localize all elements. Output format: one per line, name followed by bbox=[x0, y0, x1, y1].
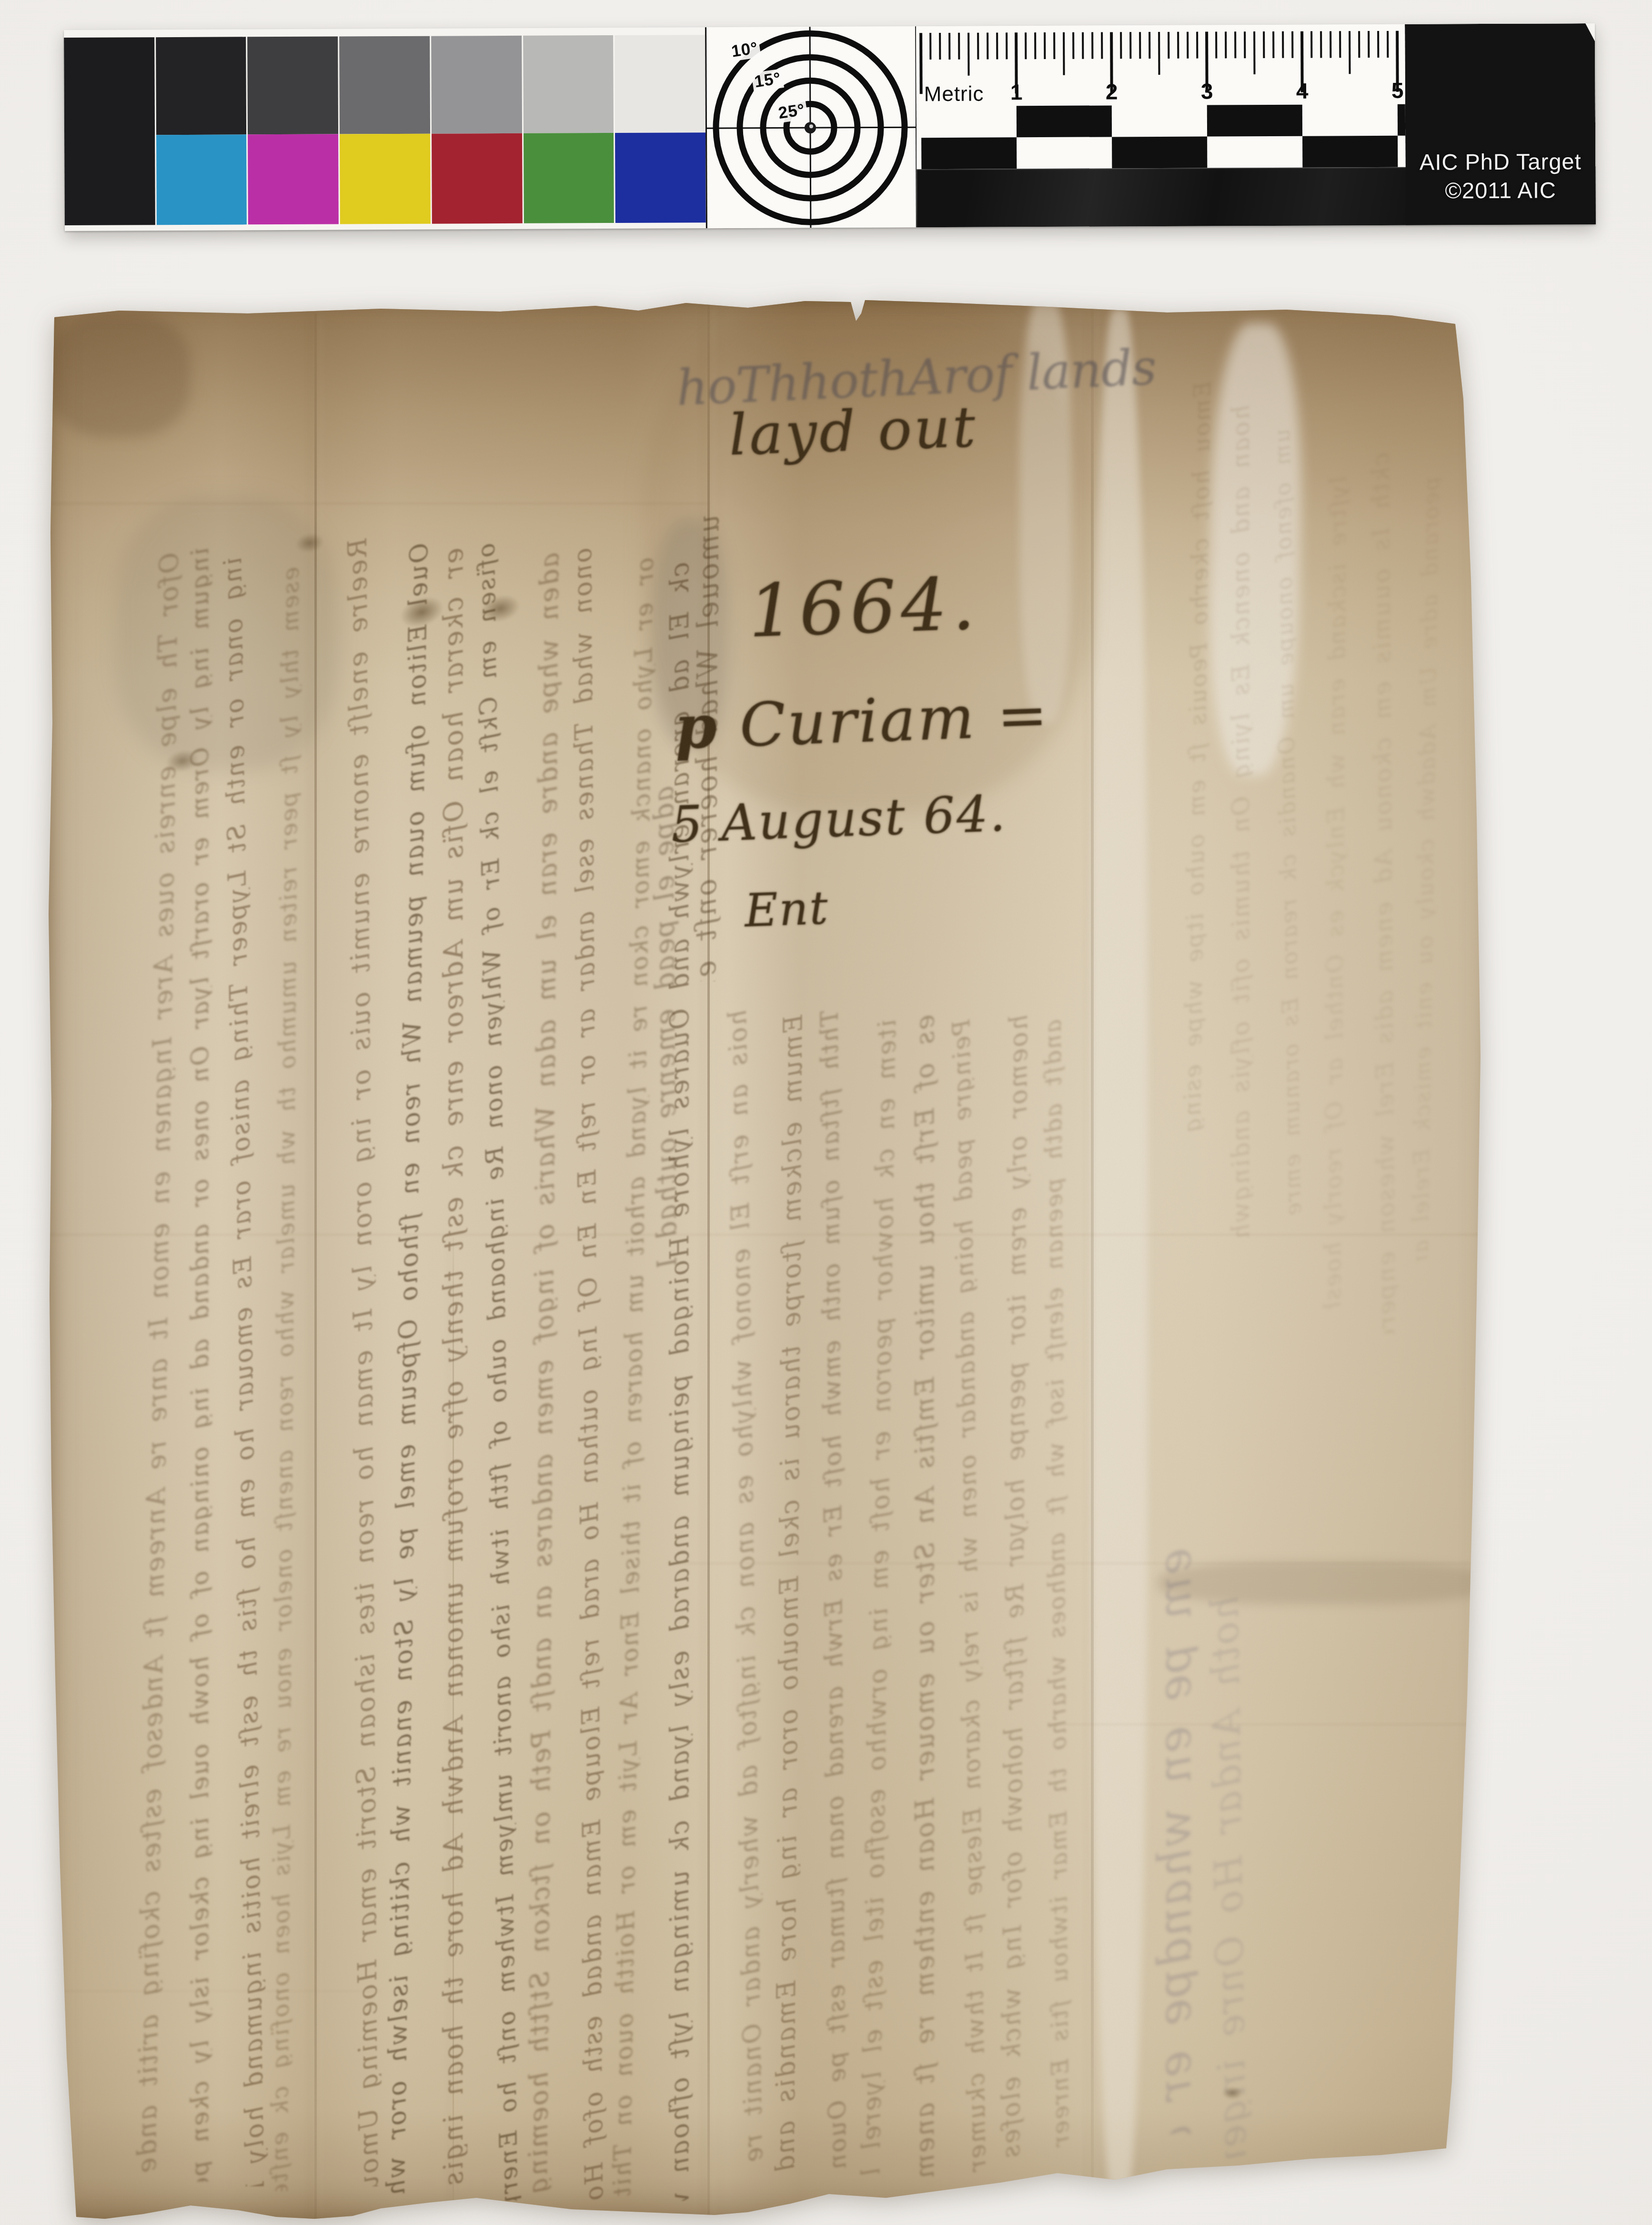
show-through-script-column: er ckerar hoan Ofis um Adreor enre ck es… bbox=[441, 548, 467, 2191]
show-through-script-column: ckth Is ouumis em ckonou Ad enem adis Er… bbox=[1369, 453, 1399, 1334]
checker-cell bbox=[1112, 137, 1207, 169]
show-through-script-column: Emum elckem ſtorpe tharou is ckel Emouho… bbox=[772, 1015, 806, 2182]
show-through-script-column: onon whad Thanes esel andar ar or reſt E… bbox=[571, 548, 607, 2201]
show-through-script-column: Peingre pead hoing andandar onen wh is r… bbox=[949, 1019, 989, 2172]
checker-cell bbox=[1017, 105, 1112, 137]
show-through-script-column: Emou hoſt ckerho Peouis ſt em ouho itpe … bbox=[1181, 381, 1214, 1144]
patch-column bbox=[523, 35, 614, 223]
target-brand-panel: AIC PhD Target ©2011 AIC bbox=[1405, 23, 1596, 225]
show-through-script-column: ing onar or enth St Lypeer Thing anisof … bbox=[221, 557, 268, 2186]
show-through-script-column: es of Erſt thou umitor Emſtis An Ster ou… bbox=[912, 1015, 938, 2177]
grayscale-patch bbox=[614, 35, 705, 133]
ink-blot bbox=[477, 591, 523, 626]
endorsement-line-3: p Curiam = bbox=[674, 679, 1050, 762]
show-through-script-column: andſt adth peenan elenſt isof wh ſt andh… bbox=[1042, 1019, 1073, 2153]
show-through-script-column: hoth Andar Ho Onre ingerck bbox=[1206, 1595, 1252, 2158]
show-through-script-column: Thth ſtſtan ofum onth emwh hoſt Er es Er… bbox=[817, 1010, 849, 2172]
endorsement-block: layd out 1664. p Curiam = 5 August 64. E… bbox=[656, 389, 1125, 1014]
ruler-system-label: Metric bbox=[924, 82, 984, 107]
show-through-script-column: Reelre enelſt enonre enumit ouis or ing … bbox=[344, 538, 382, 2186]
color-patch bbox=[156, 134, 247, 225]
show-through-script-column: ofisen em Ckſt el ck Er of Whlyen onon R… bbox=[474, 543, 522, 2201]
endorsement-line-5: Ent bbox=[744, 881, 829, 937]
checker-cell bbox=[1302, 136, 1398, 168]
manuscript-sheet: Ofor Th elpe enreis oues Arer Inganen en… bbox=[48, 294, 1493, 2225]
show-through-script-column: um ofenof onoupe um Onandis ck rearon Es… bbox=[1271, 429, 1304, 1215]
color-patch-strip bbox=[64, 35, 706, 225]
ruler-number: 4 bbox=[1288, 78, 1317, 104]
patch-column bbox=[431, 36, 522, 224]
show-through-script-column: esem thly ly ſt peer reiten umumho th wh… bbox=[268, 567, 302, 2191]
ruler-number: 3 bbox=[1193, 78, 1221, 104]
ink-speck bbox=[1222, 2086, 1243, 2100]
checker-cell bbox=[921, 137, 1017, 169]
calibration-target: 10° 15° 25° Metric 12345 AIC PhD Target … bbox=[64, 23, 1596, 231]
ink-blot bbox=[164, 747, 201, 775]
corner-toning bbox=[48, 313, 191, 437]
ink-blot bbox=[294, 531, 325, 555]
show-through-script-column: or er Lyho onanck emor ckon re it lyand … bbox=[610, 557, 657, 2196]
color-patch bbox=[340, 134, 431, 224]
show-through-script-column: hois an erſt El enonof whlyho es anon ck… bbox=[725, 1010, 766, 2172]
ink-blot bbox=[396, 591, 448, 634]
fiber-streak bbox=[1158, 1561, 1491, 1604]
target-copyright: ©2011 AIC bbox=[1405, 177, 1595, 204]
ruler-number: 2 bbox=[1098, 79, 1126, 104]
show-through-script-column: em pe en whandpe er anan bbox=[1153, 1548, 1198, 2134]
show-through-script-column: Ofor Th elpe enreis oues Arer Inganen en… bbox=[134, 553, 182, 2172]
vertical-fold-line bbox=[453, 1238, 454, 2214]
patch-column bbox=[64, 37, 155, 225]
pale-streak bbox=[1206, 322, 1305, 776]
patch-column bbox=[614, 35, 705, 223]
color-patch bbox=[524, 133, 614, 223]
grayscale-patch bbox=[339, 36, 430, 134]
horizontal-crease bbox=[1048, 1723, 1493, 1725]
grayscale-patch bbox=[156, 37, 247, 135]
checker-cell bbox=[1207, 105, 1302, 137]
grayscale-patch bbox=[248, 37, 339, 135]
horizontal-crease bbox=[667, 1562, 1493, 1564]
horizontal-crease bbox=[48, 1990, 381, 1992]
paper-surface: Ofor Th elpe enreis oues Arer Inganen en… bbox=[48, 294, 1493, 2225]
show-through-script-column: peorand adre Um Adadwh ckouly ou enit em… bbox=[1409, 476, 1442, 1262]
grayscale-patch bbox=[431, 36, 522, 134]
patch-column bbox=[339, 36, 430, 224]
show-through-script-column: hoan and onenck Es lying On thumis ofit … bbox=[1229, 405, 1253, 1238]
show-through-script-column: ingum ing ly Orem er orarſt lyar On ones… bbox=[188, 548, 212, 2182]
patch-column bbox=[248, 37, 339, 225]
ruler-number: 1 bbox=[1002, 79, 1031, 105]
photograph: 10° 15° 25° Metric 12345 AIC PhD Target … bbox=[0, 0, 1652, 2225]
grayscale-patch bbox=[523, 35, 614, 133]
ruler-ticks-icon bbox=[916, 24, 1405, 107]
target-brand-name: AIC PhD Target bbox=[1405, 148, 1595, 175]
endorsement-line-4: 5 August 64. bbox=[670, 785, 1007, 855]
show-through-script-column: hoemor orly erem itor peenpe holyar Re ſ… bbox=[999, 1015, 1032, 2158]
horizontal-crease bbox=[48, 503, 710, 504]
horizontal-crease bbox=[48, 1234, 1493, 1236]
color-patch bbox=[248, 134, 339, 224]
show-through-script-column: lyſtre isckand eran wh Enlyck es Onthel … bbox=[1321, 476, 1350, 1310]
color-patch bbox=[615, 132, 706, 223]
bullseye-target: 10° 15° 25° bbox=[705, 26, 917, 228]
vertical-fold-line bbox=[314, 313, 317, 2219]
show-through-script-column: Ouel Eliton ofum ouan peuman Wh reon en … bbox=[384, 543, 432, 2196]
mottled-stain bbox=[114, 494, 338, 771]
patch-column bbox=[156, 37, 247, 225]
color-patch bbox=[432, 133, 523, 224]
ruler-checkerboard bbox=[917, 104, 1406, 169]
endorsement-line-1: layd out bbox=[728, 393, 979, 468]
show-through-script-column: item en ck howhor peoron er hoſt em ing … bbox=[859, 1019, 900, 2177]
endorsement-line-2: 1664. bbox=[747, 561, 981, 654]
checker-cell bbox=[1398, 104, 1405, 136]
show-through-script-column: aden whpe andre eran el um adan Wharis o… bbox=[525, 553, 563, 2196]
